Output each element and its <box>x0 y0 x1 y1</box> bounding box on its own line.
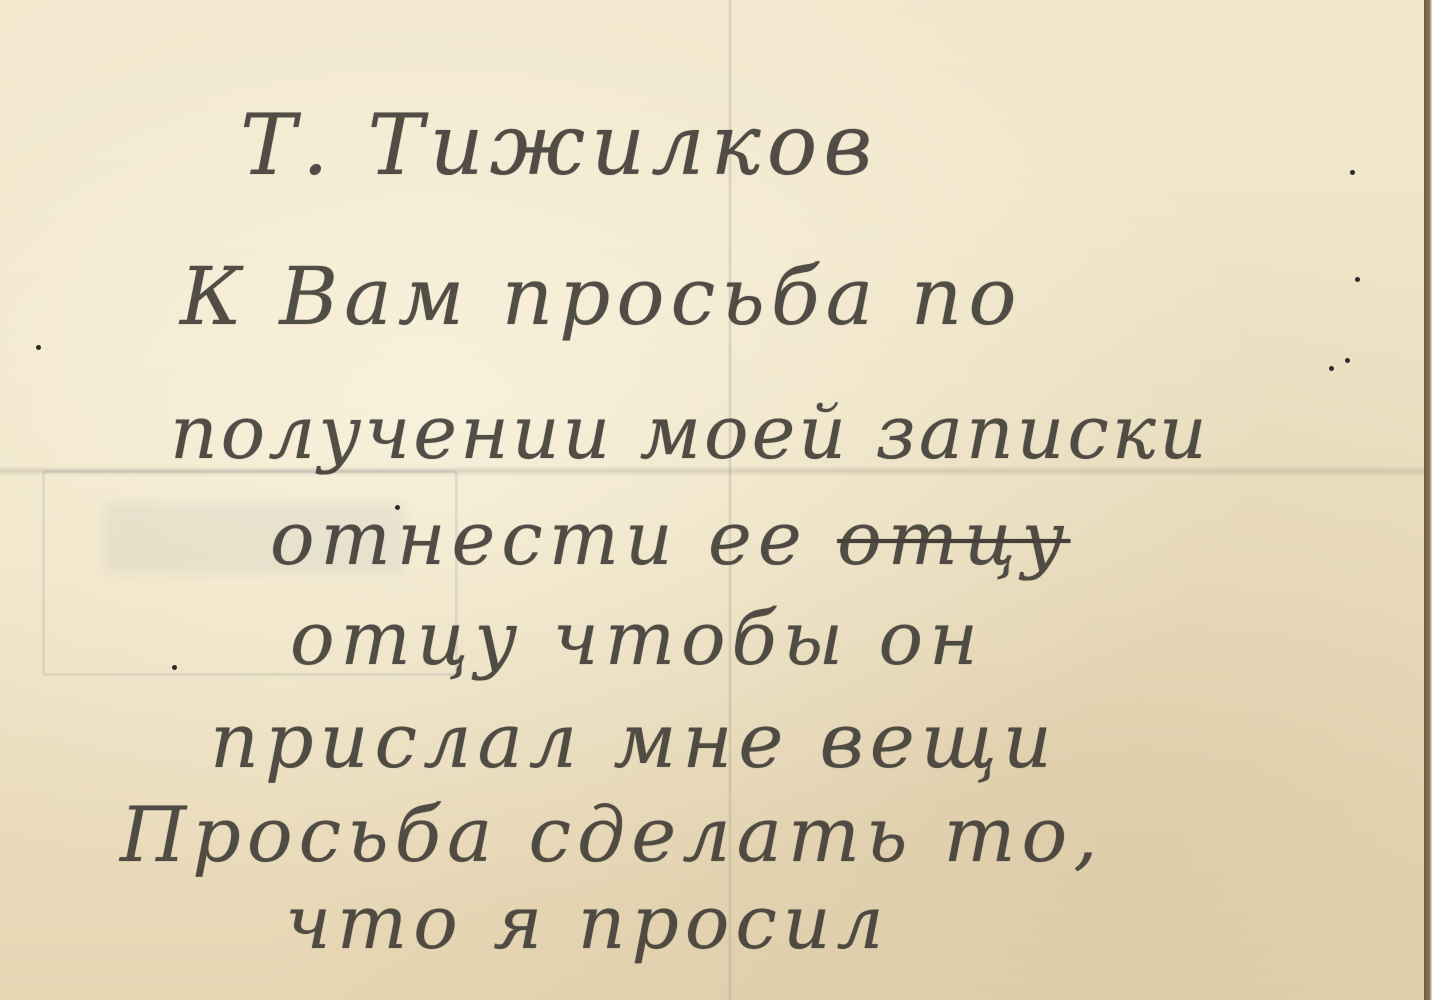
struck-through-word: отцу <box>837 496 1070 582</box>
note-line-3: получении моей записки <box>170 390 1210 476</box>
paper-speck <box>1345 358 1350 363</box>
note-line-7: Просьба сделать то, <box>120 790 1103 879</box>
note-line-8: что я просил <box>285 880 890 966</box>
note-line-5: отцу чтобы он <box>290 596 984 682</box>
note-line-4: отнести ее отцу <box>270 496 1070 582</box>
paper-speck <box>172 665 177 670</box>
paper-speck <box>1355 277 1360 282</box>
note-line-2: К Вам просьба по <box>180 250 1022 343</box>
paper-speck <box>1350 170 1355 175</box>
note-line-4-text: отнести ее <box>270 496 808 582</box>
note-line-addressee: Т. Тижилков <box>240 96 878 194</box>
note-line-6: прислал мне вещи <box>210 696 1058 785</box>
torn-paper-edge <box>1424 0 1438 1000</box>
paper-speck <box>1329 366 1334 371</box>
paper-speck <box>395 505 400 510</box>
paper-speck <box>36 345 41 350</box>
